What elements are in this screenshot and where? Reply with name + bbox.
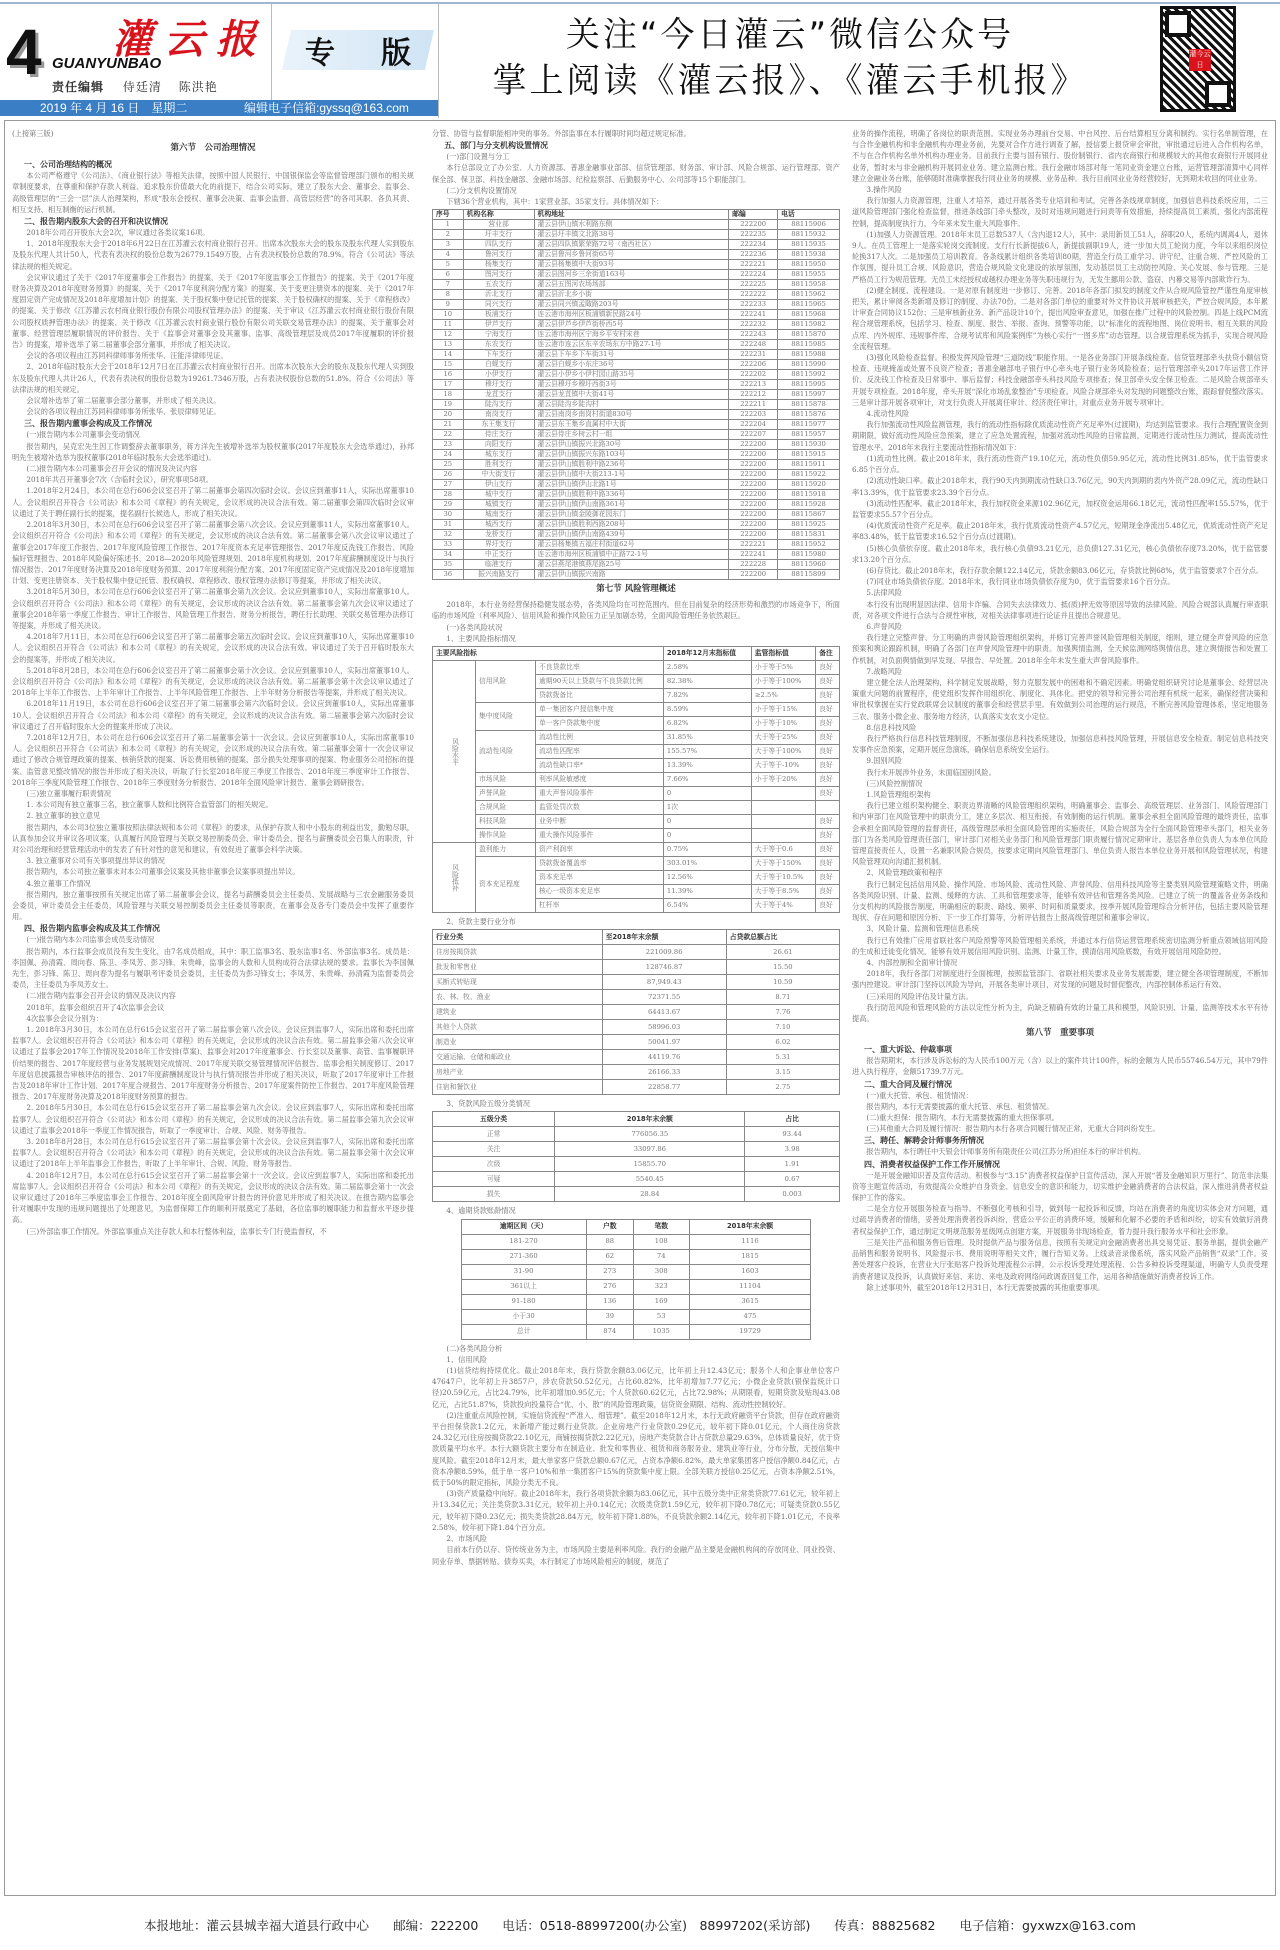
qr-code-icon[interactable]: 灌今云日 (1160, 6, 1236, 112)
table-cell: 灌云县鲁河乡鲁河街65号 (534, 250, 729, 260)
table-cell: 1815 (689, 1249, 811, 1264)
table-cell: 0.67 (745, 1172, 840, 1187)
table-cell (751, 829, 815, 843)
table-cell: 连云港市海州区板浦镇新民路24号 (534, 310, 729, 320)
table-row: 声誉风险重大声誉风险事件0良好 (433, 787, 840, 801)
column-header: 机构名称 (463, 210, 534, 220)
table-cell: 222243 (729, 330, 778, 340)
paragraph: (二)分支机构设置情况 (432, 185, 840, 196)
table-cell: 灌云县伊山镇胜利中路236号 (534, 460, 729, 470)
table-cell: 灌云县杨集镇中大街93号 (534, 260, 729, 270)
table-cell: 关注 (433, 1142, 555, 1157)
table-row: 22侍庄支行灌云县侍庄乡树云村一组22220788115957 (433, 430, 840, 440)
table-cell: 灌云县伊山镇伊山南路439号 (534, 530, 729, 540)
table-row: 市场风险利率风险敏感度7.66%小于等于20%良好 (433, 773, 840, 787)
table-cell: 31 (433, 520, 464, 530)
table-cell: 灌云县东王集乡直属村中大街 (534, 420, 729, 430)
table-cell: 361以上 (461, 1279, 586, 1294)
table-row: 31-902733081603 (461, 1264, 811, 1279)
table-cell: 58996.03 (602, 1020, 726, 1035)
table-cell: 良好 (816, 689, 840, 703)
table-cell: 87,949.43 (602, 975, 726, 990)
table-cell: 连云港市连云区东辛农场东方中路27-1号 (534, 340, 729, 350)
paragraph: 报告期内，本公司3位独立董事按照法律法规和本公司《章程》的要求，从保护存款人和中… (12, 822, 414, 856)
subheading: 9.国别风险 (852, 755, 1268, 766)
table-cell: 灌云县下车乡下车街31号 (534, 350, 729, 360)
table-cell: 交通运输、仓储和邮政业 (433, 1050, 603, 1065)
table-cell: 流动性比例 (536, 731, 664, 745)
table-cell: 良好 (816, 773, 840, 787)
table-cell: 28 (433, 490, 464, 500)
column-header: 序号 (433, 210, 464, 220)
paragraph: (3)流动性匹配率。截止2018年末，我行加权资金来源102.96亿元，加权资金… (852, 498, 1268, 520)
table-cell: 向阳支行 (463, 440, 534, 450)
table-cell: 222204 (729, 420, 778, 430)
page-number: 4 (6, 20, 42, 84)
issue-date: 2019 年 4 月 16 日 星期二 (40, 100, 187, 116)
table-cell: 222212 (729, 390, 778, 400)
paragraph: 2018年，我行各部门对制度进行全面梳理，按照监管部门、省联社相关要求及业务发展… (852, 968, 1268, 990)
paragraph: 业务的操作流程，明确了各岗位的职责范围。实现业务办理前台交易、中台风控、后台结算… (852, 128, 1268, 184)
risk-category: 合规风险 (476, 801, 536, 815)
table-cell: 93.44 (745, 1127, 840, 1142)
table-cell: 88115915 (778, 450, 840, 460)
paragraph: 本行没有出现明显因法律、信用卡诈骗、合同失去法律效力、抵(质)押无效等原因导致的… (852, 599, 1268, 621)
table-cell: 22 (433, 430, 464, 440)
paragraph: 会议的各项议程由江苏同科律师事务所张华、张辰律师见证。 (12, 406, 414, 417)
table-cell: 222234 (729, 240, 778, 250)
table-row: 36振兴南路支行灌云县伊山镇振兴南路22220088115899 (433, 570, 840, 580)
table-cell: 灌云县伊山镇胜利中路336号 (534, 490, 729, 500)
risk-category: 声誉风险 (476, 787, 536, 801)
paragraph: (三)外部监事工作情况。外部监事重点关注存款人和本行整体利益，监事长专门行使监督… (12, 1226, 414, 1237)
table-cell: 营业部 (463, 220, 534, 230)
table-row: 3四队支行灌云县四队镇繁荣路72号（南西社区）22223488115935 (433, 240, 840, 250)
table-cell: 88115992 (778, 370, 840, 380)
table-cell: 陡沟支行 (463, 400, 534, 410)
table-cell: 31.85% (663, 731, 751, 745)
table-cell: 灌云县五图河农场场部 (534, 280, 729, 290)
risk-category: 信用风险 (476, 661, 536, 703)
table-cell: 监管处罚次数 (536, 801, 664, 815)
table-cell: 88115911 (778, 460, 840, 470)
table-cell: 连云港市海州区板浦镇中正路72-1号 (534, 550, 729, 560)
section-char: 专 (305, 28, 335, 72)
paragraph: 分管、协管与监督职能相冲突的事务。外部监事在本行履职时间均超过规定标准。 (432, 128, 840, 139)
table-cell: 222200 (729, 470, 778, 480)
table-cell: 界圩支行 (463, 540, 534, 550)
table-cell: 222206 (729, 360, 778, 370)
table-row: 16小伊支行灌云县小伊乡小伊村园山路35号22220288115992 (433, 370, 840, 380)
table-cell: 88115977 (778, 420, 840, 430)
table-cell: 0.003 (745, 1187, 840, 1202)
table-cell: 灌云县伊山镇金陵御花园东门 (534, 510, 729, 520)
table-cell: 155.57% (663, 745, 751, 759)
table-cell (816, 801, 840, 815)
paragraph: 1. 2018年3月30日，本公司在总行615会议室召开了第二届监事会第八次会议… (12, 1024, 414, 1102)
table-cell: 271-360 (461, 1249, 586, 1264)
paragraph: 报告期期末，本行涉及诉讼标的为人民币100万元（含）以上的案件共计100件，标的… (852, 1055, 1268, 1077)
paragraph: 3、风险计量、监测和管理信息系统 (852, 923, 1268, 934)
table-cell: 276 (586, 1279, 633, 1294)
table-cell: 15 (433, 360, 464, 370)
paragraph: (2)注重重点风险控制，实施信贷流程“严准入、细管理”。截至2018年12月末，… (432, 1410, 840, 1488)
table-cell: 灌云县伊山镇振兴东路103号 (534, 450, 729, 460)
table-cell: 74 (633, 1249, 689, 1264)
table-cell: 灌云县伊山镇胜利西路208号 (534, 520, 729, 530)
table-cell: 11104 (689, 1279, 811, 1294)
table-row: 7五农支行灌云县五图河农场场部22222588115958 (433, 280, 840, 290)
table-cell: 胜利支行 (463, 460, 534, 470)
table-cell: 小于等于10% (751, 717, 815, 731)
table-cell: 108 (633, 1234, 689, 1249)
table-cell: 88115957 (778, 430, 840, 440)
table-cell (751, 801, 815, 815)
promo-line: 关注“今日灌云”微信公众号 (460, 12, 1120, 58)
table-cell: 灌云县小伊乡小伊村园山路35号 (534, 370, 729, 380)
risk-category: 市场风险 (476, 773, 536, 787)
paragraph: 2018年公司召开股东大会2次，审议通过各类议案16项。 (12, 227, 414, 238)
table-cell: 222200 (729, 450, 778, 460)
editor-name: 陈洪艳 (179, 80, 218, 94)
table-cell: 住宿和餐饮业 (433, 1080, 603, 1095)
table-row: 23向阳支行灌云县伊山镇振兴北路30号22220088115930 (433, 440, 840, 450)
table-cell: 灌云县侍庄乡树云村一组 (534, 430, 729, 440)
paragraph: (2)健全制度、流程建设。一是对原有制度进一步修订、完善。2018年各部门拟发的… (852, 285, 1268, 352)
table-cell: 16 (433, 370, 464, 380)
column-header: 2018年末余额 (555, 1112, 745, 1127)
edit-email[interactable]: 编辑电子信箱:gyssq@163.com (244, 100, 409, 116)
table-cell: 32 (433, 530, 464, 540)
table-cell: 88115980 (778, 550, 840, 560)
paragraph: 4. 2018年12月7日，本公司在总行615会议室召开了第二届监事会第十一次会… (12, 1170, 414, 1226)
paragraph: 报告期内，独立董事按照有关规定出席了第二届董事会会议，提名与薪酬委员会主任委员、… (12, 889, 414, 923)
table-row: 建筑业64413.677.76 (433, 1005, 840, 1020)
table-row: 其他个人贷款58996.037.10 (433, 1020, 840, 1035)
paragraph: 一是开展金融知识普及宣传活动。积极参与“3.15”消费者权益保护日宣传活动，深入… (852, 1170, 1268, 1204)
paragraph: 报告期内，本公司独立董事未对本公司董事会议案及其他非董事会议案事项提出异议。 (12, 866, 414, 877)
table-cell: 0 (663, 815, 751, 829)
table-cell: 88115952 (778, 540, 840, 550)
table-row: 总计874103519729 (461, 1324, 811, 1339)
column-header: 户数 (586, 1219, 633, 1234)
column-header: 备注 (816, 647, 840, 661)
table-cell: 灌云县伊山镇振兴北路30号 (534, 440, 729, 450)
table-cell: 26 (433, 470, 464, 480)
table-row: 20南岗支行灌云县南岗乡南岗村街道830号22220388115876 (433, 410, 840, 420)
table-cell: 单一集团客户授信集中度 (536, 703, 664, 717)
table-cell: 图河支行 (463, 270, 534, 280)
table-cell: 273 (586, 1264, 633, 1279)
table-cell: 4 (433, 250, 464, 260)
table-cell: 建筑业 (433, 1005, 603, 1020)
table-cell: 贷款拨备比 (536, 689, 664, 703)
column-header: 逾期区间（天） (461, 1219, 586, 1234)
table-cell: 14 (433, 350, 464, 360)
risk-group: 风险水平 (433, 661, 476, 843)
table-cell: 17 (433, 380, 464, 390)
table-row: 18龙苴支行灌云县龙苴镇中大街41号22221288115997 (433, 390, 840, 400)
paragraph: 2018年共召开董事会7次（含临时会议），研究事项58项。 (12, 474, 414, 485)
table-cell: 大于等于150% (751, 857, 815, 871)
paragraph: (一)重大托管、承包、租赁情况： (852, 1090, 1268, 1101)
paragraph: (3)强化风险检查监督。积极发挥风险管理“三道防线”职能作用。一是各业务部门开展… (852, 352, 1268, 408)
table-cell: 重大操作风险事件 (536, 829, 664, 843)
table-cell: 城东支行 (463, 450, 534, 460)
subheading: 7.战略风险 (852, 666, 1268, 677)
table-cell: 24 (433, 450, 464, 460)
table-cell: 鲁河支行 (463, 250, 534, 260)
table-cell: 良好 (816, 759, 840, 773)
table-row: 35临港支行灌云县燕尾港镇燕尾路25号22222888115960 (433, 560, 840, 570)
table-cell: 88115968 (778, 310, 840, 320)
table-cell: 灌云县图河乡三余街道163号 (534, 270, 729, 280)
table-cell: 1 (433, 220, 464, 230)
footer-phone: 电话：0518-88997200(办公室) 88997202(采访部) (502, 1916, 810, 1934)
table-cell: 小于等于20% (751, 773, 815, 787)
industry-table: 行业分类至2018年末余额占贷款总额占比 住房按揭贷款221009.8626.6… (432, 929, 840, 1095)
footer: 本报地址：灌云县城幸福大道县行政中心 邮编：222200 电话：0518-889… (0, 1900, 1280, 1950)
table-cell: 6.54% (663, 899, 751, 913)
table-cell: 其他个人贷款 (433, 1020, 603, 1035)
paragraph: 4.独立董事工作情况 (12, 878, 414, 889)
table-row: 风险水平信用风险不良贷款比率2.58%小于等于5%良好 (433, 661, 840, 675)
table-cell: 资产利润率 (536, 843, 664, 857)
table-cell: 88115925 (778, 520, 840, 530)
table-row: 32龙桥支行灌云县伊山镇伊山南路439号22220088115831 (433, 530, 840, 540)
table-cell: 0.75% (663, 843, 751, 857)
table-cell: 88115950 (778, 260, 840, 270)
date-bar: 2019 年 4 月 16 日 星期二 编辑电子信箱:gyssq@163.com (0, 100, 438, 116)
table-cell: 7.66% (663, 773, 751, 787)
heading: 三、聘任、解聘会计师事务所情况 (852, 1134, 1268, 1146)
table-cell: 88115955 (778, 270, 840, 280)
five-category-table: 五级分类2018年末余额占比 正常776056.3593.44关注33097.8… (432, 1111, 840, 1202)
table-cell: 良好 (816, 829, 840, 843)
table-cell: 流动性匹配率 (536, 745, 664, 759)
table-cell: 29 (433, 500, 464, 510)
table-cell: 88115962 (778, 290, 840, 300)
table-cell: 6.02 (726, 1035, 839, 1050)
table-row: 8沂北支行灌云县沂北乡小街22222288115962 (433, 290, 840, 300)
table-row: 小于303953475 (461, 1309, 811, 1324)
paragraph: 3. 2018年8月28日，本公司在总行615会议室召开了第二届监事会第十次会议… (12, 1136, 414, 1170)
table-cell: 222248 (729, 340, 778, 350)
table-cell: 33097.86 (555, 1142, 745, 1157)
table-row: 科技风险业务中断0良好 (433, 815, 840, 829)
table-cell: 不良贷款比率 (536, 661, 664, 675)
table-cell: 制造业 (433, 1035, 603, 1050)
table-header-row: 逾期区间（天）户数笔数2018年末余额 (461, 1219, 811, 1234)
table-cell: 可疑 (433, 1172, 555, 1187)
table-cell: 88115906 (778, 220, 840, 230)
table-cell: 5540.45 (555, 1172, 745, 1187)
table-cell: 5 (433, 260, 464, 270)
table-row: 11伊芦支行灌云县伊芦乡伊芦街桥西5号22223288115982 (433, 320, 840, 330)
paragraph: 下辖36个营业机构，其中：1家营业部、35家支行。具体情况如下： (432, 196, 840, 207)
table-cell: 1035 (633, 1324, 689, 1339)
table-cell: 流动性缺口率* (536, 759, 664, 773)
table-row: 合规风险监管处罚次数1次 (433, 801, 840, 815)
table-cell: 222200 (729, 570, 778, 580)
table-cell: 88115988 (778, 350, 840, 360)
paragraph: 会议审议通过了关于《2017年度董事会工作报告》的提案、关于《2017年度监事会… (12, 272, 414, 350)
table-cell: 222200 (729, 490, 778, 500)
risk-category: 科技风险 (476, 815, 536, 829)
paragraph: 报告期内，吴克宏先生因工作调整辞去董事职务，蒋方洋先生被增补选举为股权董事(20… (12, 441, 414, 463)
risk-category: 盈利能力 (476, 843, 536, 857)
table-cell: 25 (433, 460, 464, 470)
table-row: 2圩丰支行灌云县圩丰镇文北路38号22223588115932 (433, 230, 840, 240)
table-row: 10板浦支行连云港市海州区板浦镇新民路24号22224188115968 (433, 310, 840, 320)
table-cell: 小于等于5% (751, 661, 815, 675)
table-cell: 19 (433, 400, 464, 410)
heading: 五、部门与分支机构设置情况 (432, 139, 840, 151)
paragraph: (4)优质流动性资产充足率。截止2018年末，我行优质流动性资产4.57亿元，短… (852, 520, 1268, 542)
section-char: 版 (381, 28, 411, 72)
wechat-promo: 关注“今日灌云”微信公众号 掌上阅读《灌云报》、《灌云手机报》 (460, 12, 1120, 104)
column-1: (上接第三版) 第六节 公司治理情况 一、公司治理结构的概况 本公司严格遵守《公… (12, 128, 414, 1892)
table-cell: 88115938 (778, 250, 840, 260)
table-cell: 181-270 (461, 1234, 586, 1249)
table-cell: 8 (433, 290, 464, 300)
paragraph: 我行严格执行信息科技管理制度，不断加强信息科技系统建设，加强信息科技风险管理，开… (852, 733, 1268, 755)
table-row: 批发和零售业128746.8715.50 (433, 960, 840, 975)
table-cell: 221009.86 (602, 945, 726, 960)
table-cell: 正常 (433, 1127, 555, 1142)
table-row: 33界圩支行灌云县杨集镇五福庄村街道62号22222188115952 (433, 540, 840, 550)
table-row: 30城南支行灌云县伊山镇金陵御花园东门22220088115867 (433, 510, 840, 520)
paragraph: 本公司严格遵守《公司法》、《商业银行法》等相关法律，按照中国人民银行、中国银保监… (12, 170, 414, 215)
promo-line: 掌上阅读《灌云报》、《灌云手机报》 (460, 58, 1120, 104)
table-cell: 灌云县伊山镇振兴南路 (534, 570, 729, 580)
table-row: 24城东支行灌云县伊山镇振兴东路103号22220088115915 (433, 450, 840, 460)
paragraph: (5)核心负债依存度。截止2018年末，我行核心负债93.21亿元，总负债127… (852, 543, 1268, 565)
table-cell: 475 (689, 1309, 811, 1324)
column-2: 分管、协管与监督职能相冲突的事务。外部监事在本行履职时间均超过规定标准。 五、部… (432, 128, 840, 1892)
table-cell: 良好 (816, 717, 840, 731)
table-cell: 18 (433, 390, 464, 400)
table-cell: 44119.76 (602, 1050, 726, 1065)
table-cell: 7 (433, 280, 464, 290)
risk-indicator-table: 主要风险指标 2018年12月末指标值 监管指标值 备注 风险水平信用风险不良贷… (432, 646, 840, 913)
table-row: 9同兴支行灌云县同兴镇孟陬路203号22223388115965 (433, 300, 840, 310)
footer-email[interactable]: 电子信箱：gyxwzx@163.com (959, 1916, 1135, 1934)
table-cell: 7.10 (726, 1020, 839, 1035)
table-cell: 62 (586, 1249, 633, 1264)
table-cell: 2.75 (726, 1080, 839, 1095)
table-cell: 杨集支行 (463, 260, 534, 270)
table-cell: 住房按揭贷款 (433, 945, 603, 960)
paragraph: (一)各类风险状况 (432, 622, 840, 633)
table-cell: 88115876 (778, 410, 840, 420)
paragraph: (2)流动性缺口率。截止2018年末，我行90天内到期流动性缺口3.76亿元，9… (852, 475, 1268, 497)
table-cell: 31-90 (461, 1264, 586, 1279)
table-cell: 222231 (729, 350, 778, 360)
table-cell: 10.59 (726, 975, 839, 990)
table-cell: 灌云县穆圩乡穆圩西街3号 (534, 380, 729, 390)
table-cell: 良好 (816, 885, 840, 899)
heading: 四、报告期内监事会构成及其工作情况 (12, 922, 414, 934)
paragraph: 6.2018年11月19日，本公司在总行606会议室召开了第二届董事会第六次临时… (12, 698, 414, 732)
table-cell: 222200 (729, 440, 778, 450)
paragraph: (二)重大担保：报告期内，本行无需要披露的重大担保事项。 (852, 1112, 1268, 1123)
column-header: 机构地址 (534, 210, 729, 220)
table-row: 正常776056.3593.44 (433, 1127, 840, 1142)
table-row: 181-270881081116 (461, 1234, 811, 1249)
table-cell: 侍庄支行 (463, 430, 534, 440)
paragraph: 3、贷款风险五级分类情况 (432, 1098, 840, 1109)
table-cell: 利率风险敏感度 (536, 773, 664, 787)
paragraph: 三是关注产品和服务售后管理。及时提供产品与服务信息，按照有关规定向金融消费者出具… (852, 1237, 1268, 1282)
paragraph: 报告期内，本行聘任中天银会计师事务所有限责任公司(江苏分所)担任本行的审计机构。 (852, 1146, 1268, 1157)
table-cell: 222225 (729, 280, 778, 290)
paragraph: (1)信贷结构持续优化。截止2018年末，我行贷款余额83.06亿元，比年初上升… (432, 1365, 840, 1410)
paragraph: 我行防范风险和管理风险的方法以定性分析为主，尚缺乏精确有效的计量工具和模型，风险… (852, 1002, 1268, 1024)
paragraph: 2018年，监事会组织召开了4次监事会会议 (12, 1002, 414, 1013)
table-cell: 15855.70 (555, 1157, 745, 1172)
table-row: 17穆圩支行灌云县穆圩乡穆圩西街3号22221388115995 (433, 380, 840, 390)
column-header: 监管指标值 (751, 647, 815, 661)
table-cell: 8.71 (726, 990, 839, 1005)
paragraph: 我行加强流动性风险监测管理，我行的流动性指标除优质流动性资产充足率外(过渡期)，… (852, 419, 1268, 453)
table-cell: 临港支行 (463, 560, 534, 570)
table-cell: 灌云县伊山镇伊山北路1号 (534, 480, 729, 490)
table-cell: 222200 (729, 530, 778, 540)
table-cell: 222213 (729, 380, 778, 390)
table-cell: 良好 (816, 787, 840, 801)
table-row: 25胜利支行灌云县伊山镇胜利中路236号22220088115911 (433, 460, 840, 470)
table-cell: 33 (433, 540, 464, 550)
table-cell: 88115899 (778, 570, 840, 580)
table-cell: 34 (433, 550, 464, 560)
table-cell (751, 815, 815, 829)
table-row: 12宁海支行连云港市海州区宁海乡平安村宋巷22224388115870 (433, 330, 840, 340)
table-cell: 小于30 (461, 1309, 586, 1324)
table-cell: 1116 (689, 1234, 811, 1249)
table-cell: 222222 (729, 290, 778, 300)
table-cell: 龙桥支行 (463, 530, 534, 540)
table-cell: 222203 (729, 410, 778, 420)
table-cell: 3.15 (726, 1065, 839, 1080)
table-cell: 灌云县伊山镇伊山南路361号 (534, 500, 729, 510)
paragraph: 1.2018年2月24日，本公司在总行606会议室召开了第二届董事会第四次临时会… (12, 485, 414, 519)
table-row: 34中正支行连云港市海州区板浦镇中正路72-1号22224188115980 (433, 550, 840, 560)
table-cell: 7.82% (663, 689, 751, 703)
paragraph: 4、内部控制和全面审计情况 (852, 957, 1268, 968)
paragraph: 报告期内，本行监事会成员没有发生变化，由7名成员组成，其中：职工监事3名、股东监… (12, 946, 414, 991)
table-row: 271-36062741815 (461, 1249, 811, 1264)
table-cell: 8.59% (663, 703, 751, 717)
table-cell: 13.39% (663, 759, 751, 773)
table-cell: 小于等于15% (751, 703, 815, 717)
column-header: 五级分类 (433, 1112, 555, 1127)
section-tag: 专 版 (282, 30, 434, 70)
table-cell: 222241 (729, 550, 778, 560)
table-cell: 农、林、牧、渔业 (433, 990, 603, 1005)
table-cell: 222224 (729, 270, 778, 280)
table-cell: 222221 (729, 260, 778, 270)
divider (271, 4, 272, 100)
column-header: 至2018年末余额 (602, 930, 726, 945)
section-title: 第七节 风险管理概述 (432, 583, 840, 596)
table-cell: 振兴南路支行 (463, 570, 534, 580)
paragraph: 1、主要风险指标情况 (432, 633, 840, 644)
continued-note: (上接第三版) (12, 128, 414, 139)
table-cell: 222200 (729, 480, 778, 490)
table-cell: 12.56% (663, 871, 751, 885)
table-cell: 169 (633, 1294, 689, 1309)
